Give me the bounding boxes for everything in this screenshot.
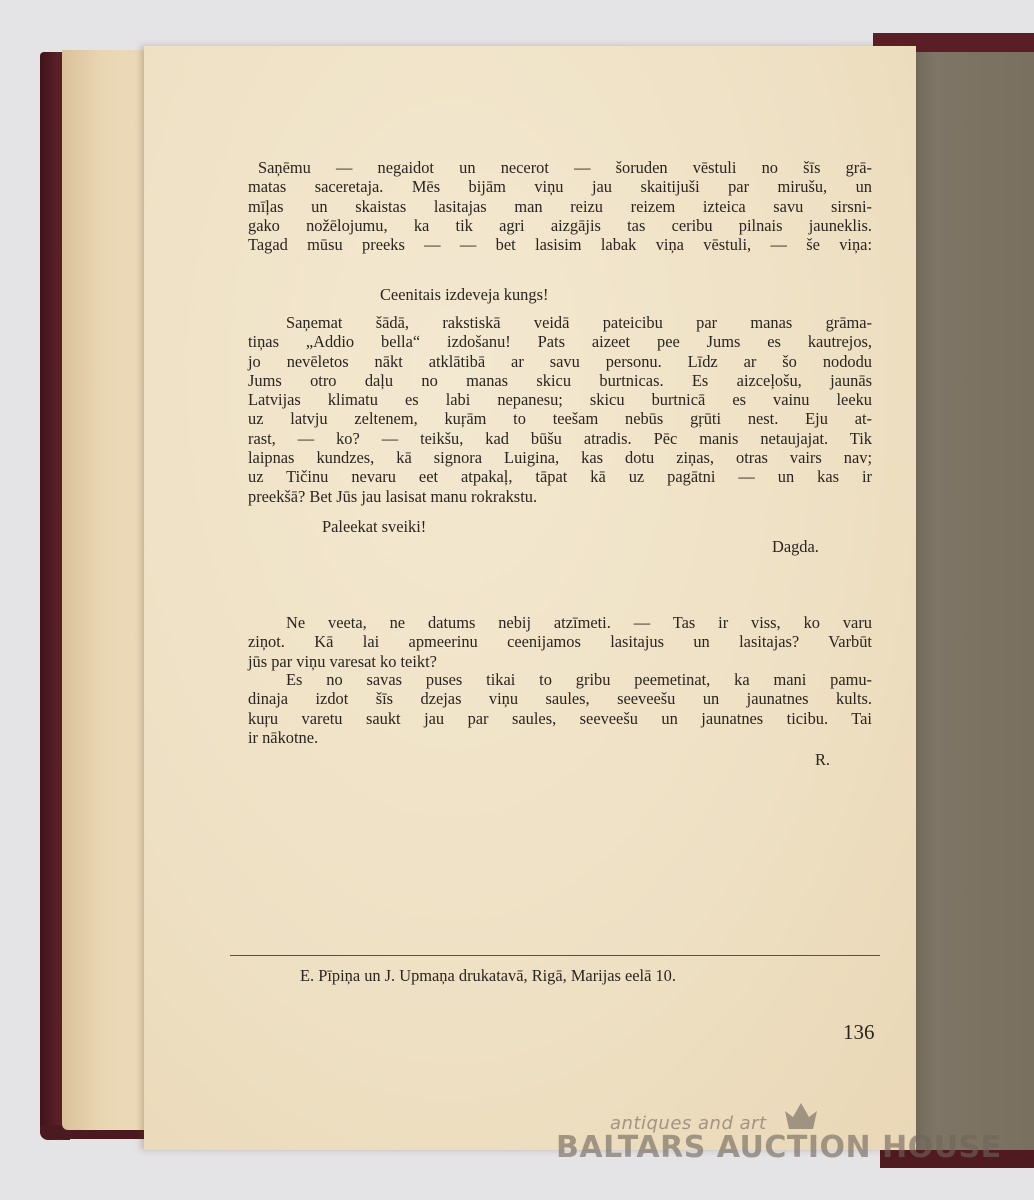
text-line: kuŗu varetu saukt jau par saules, seevee… — [248, 709, 872, 728]
text-line: uz Tičinu nevaru eet atpakaļ, tāpat kā u… — [248, 467, 872, 486]
closing-paragraph: Es no savas puses tikai to gribu peemeti… — [248, 670, 872, 747]
afterword-paragraph: Ne veeta, ne datums nebij atzīmeti. — Ta… — [248, 613, 872, 671]
editor-signature: R. — [815, 750, 830, 770]
text-line: Es no savas puses tikai to gribu peemeti… — [248, 670, 872, 689]
text-line: Saņēmu — negaidot un necerot — šoruden v… — [248, 158, 872, 177]
crown-icon — [783, 1103, 819, 1131]
inner-board — [910, 52, 1034, 1158]
letter-heading: Ceenitais izdeveja kungs! — [380, 285, 548, 305]
text-line: rast, — ko? — teikšu, kad būšu atradis. … — [248, 429, 872, 448]
text-line: Ne veeta, ne datums nebij atzīmeti. — Ta… — [248, 613, 872, 632]
text-line: laipnas kundzes, kā signora Luigina, kas… — [248, 448, 872, 467]
text-line: Saņemat šādā, rakstiskā veidā pateicibu … — [248, 313, 872, 332]
letter-closing: Paleekat sveiki! — [322, 517, 426, 537]
page-number: 136 — [843, 1020, 875, 1045]
printer-imprint: E. Pīpiņa un J. Upmaņa drukatavā, Rigā, … — [300, 966, 676, 986]
text-line: dinaja izdot šīs dzejas viņu saules, see… — [248, 689, 872, 708]
text-line: Jums otro daļu no manas skicu burtnicas.… — [248, 371, 872, 390]
text-line: Latvijas klimatu es labi nepanesu; skicu… — [248, 390, 872, 409]
text-line: uz latvju zeltenem, kuŗām to teešam nebū… — [248, 409, 872, 428]
watermark-name: BALTARS AUCTION HOUSE — [556, 1130, 1002, 1165]
text-line: mīļas un skaistas lasitajas man reizu re… — [248, 197, 872, 216]
text-line: ziņot. Kā lai apmeerinu ceenijamos lasit… — [248, 632, 872, 651]
text-line: ir nākotne. — [248, 728, 872, 747]
text-line: jo nevēletos nākt atklātibā ar savu pers… — [248, 352, 872, 371]
text-line: jūs par viņu varesat ko teikt? — [248, 652, 872, 671]
text-line: matas saceretaja. Mēs bijām viņu jau ska… — [248, 177, 872, 196]
letter-signature: Dagda. — [772, 537, 819, 557]
text-line: preekšā? Bet Jūs jau lasisat manu rokrak… — [248, 487, 872, 506]
intro-paragraph: Saņēmu — negaidot un necerot — šoruden v… — [248, 158, 872, 254]
text-line: tiņas „Addio bella“ izdošanu! Pats aizee… — [248, 332, 872, 351]
imprint-divider — [230, 955, 880, 956]
letter-body: Saņemat šādā, rakstiskā veidā pateicibu … — [248, 313, 872, 506]
text-line: gako nožēlojumu, ka tik agri aizgājis ta… — [248, 216, 872, 235]
text-line: Tagad mūsu preeks — — bet lasisim labak … — [248, 235, 872, 254]
